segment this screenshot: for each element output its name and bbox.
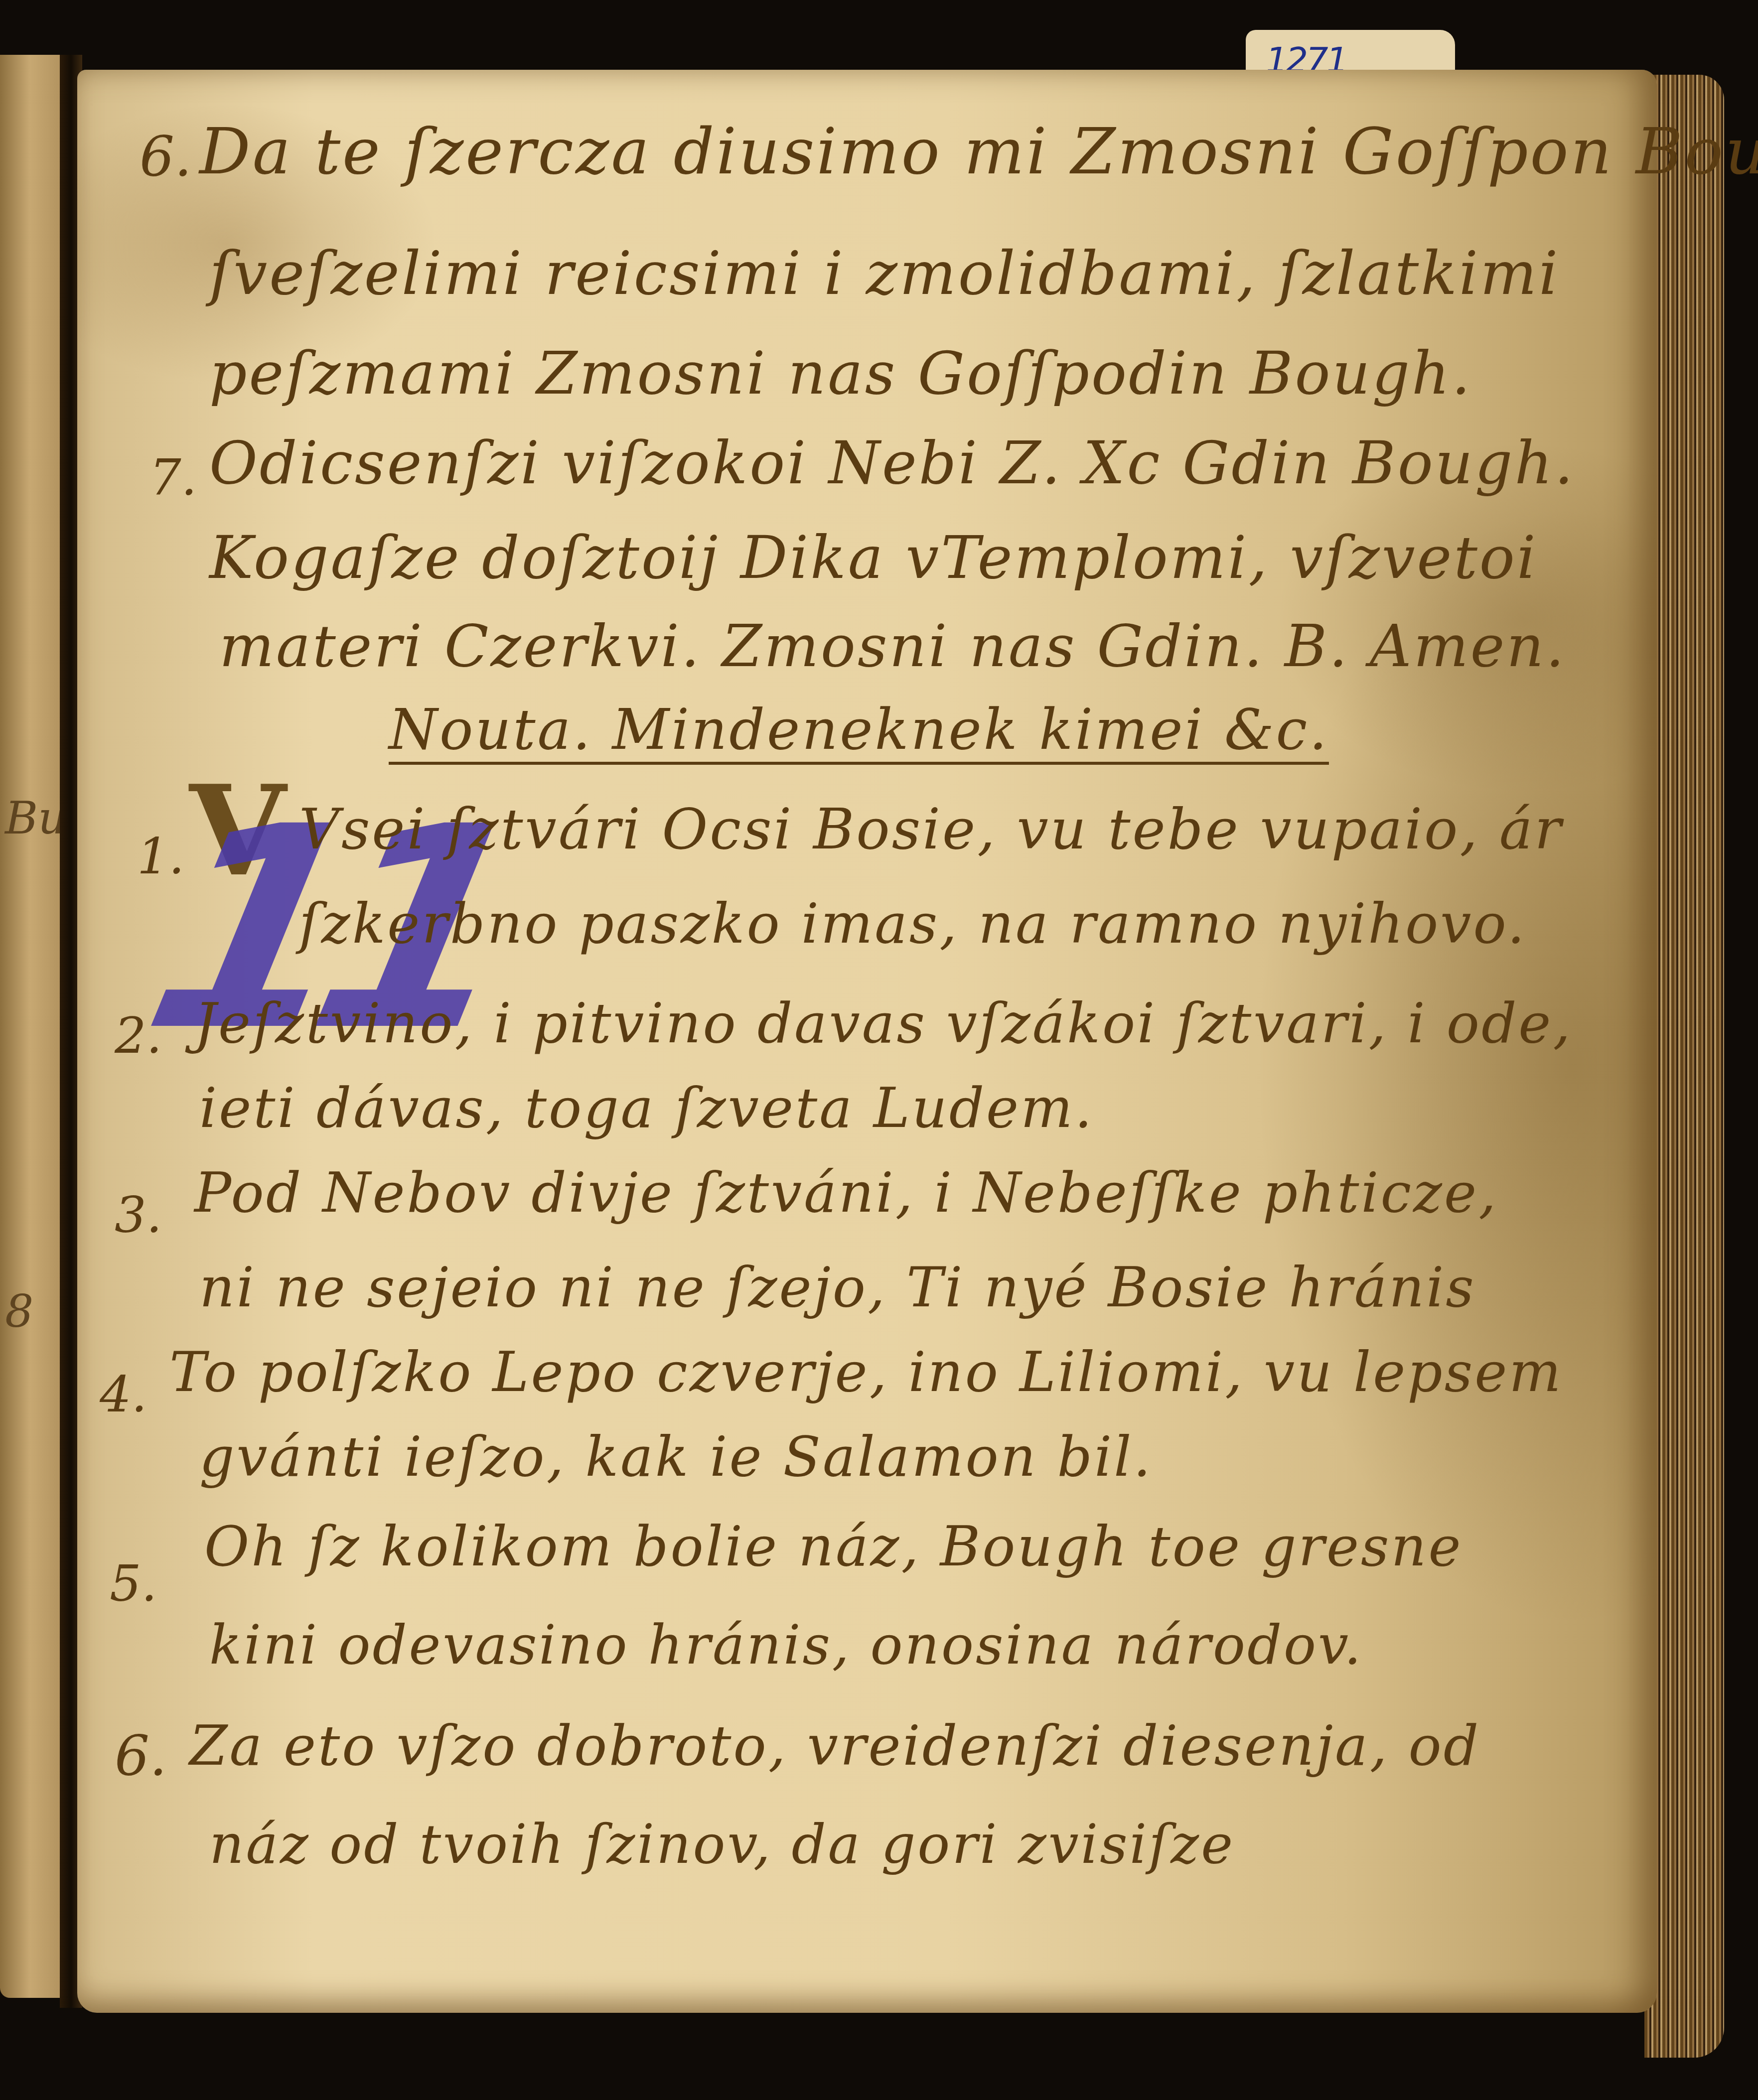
manuscript-line: Vsei ſztvári Ocsi Bosie, vu tebe vupaio,… (299, 797, 1563, 862)
manuscript-line: Oh ſz kolikom bolie náz, Bough toe gresn… (204, 1515, 1463, 1578)
manuscript-line: Jeſztvino, i pitvino davas vſzákoi ſztva… (194, 991, 1572, 1055)
hymn-heading: Nouta. Mindeneknek kimei &c. (389, 698, 1329, 762)
verse-number: 7. (149, 448, 197, 507)
manuscript-line: ſveſzelimi reicsimi i zmolidbami, ſzlatk… (209, 239, 1560, 308)
verse-number: 2. (115, 1006, 162, 1065)
verse-number: 6. (140, 125, 192, 188)
manuscript-line: Da te ſzercza diusimo mi Zmosni Goſſpon … (199, 115, 1758, 189)
left-page-fragment: Bu (5, 792, 67, 844)
verse-number: 1. (137, 827, 184, 885)
manuscript-line: ſzkerbno paszko imas, na ramno nyihovo. (299, 892, 1527, 956)
manuscript-line: materi Czerkvi. Zmosni nas Gdin. B. Amen… (219, 613, 1566, 680)
manuscript-line: Pod Nebov divje ſztváni, i Nebeſſke phti… (194, 1161, 1498, 1225)
verse-number: 6. (115, 1724, 167, 1788)
left-page-fragment: 8 (5, 1285, 33, 1338)
manuscript-line: gvánti ieſzo, kak ie Salamon bil. (199, 1425, 1153, 1489)
manuscript-line: ieti dávas, toga ſzveta Ludem. (199, 1076, 1094, 1140)
manuscript-line: kini odevasino hránis, onosina národov. (209, 1614, 1363, 1677)
manuscript-line: To polſzko Lepo czverje, ino Liliomi, vu… (169, 1340, 1563, 1404)
manuscript-line: Za eto vſzo dobroto, vreidenſzi diesenja… (189, 1714, 1480, 1778)
verse-number: 3. (115, 1186, 162, 1244)
verse-number: 4. (100, 1365, 147, 1423)
manuscript-line: náz od tvoih ſzinov, da gori zvisiſze (209, 1814, 1235, 1876)
verse-number: 5. (110, 1554, 157, 1613)
manuscript-line: ni ne sejeio ni ne ſzejo, Ti nyé Bosie h… (199, 1256, 1476, 1319)
manuscript-line: Odicsenſzi viſzokoi Nebi Z. Xc Gdin Boug… (209, 428, 1575, 497)
manuscript-line: peſzmami Zmosni nas Goſſpodin Bough. (209, 339, 1472, 408)
manuscript-line: Kogaſze doſztoij Dika vTemplomi, vſzveto… (209, 523, 1538, 592)
